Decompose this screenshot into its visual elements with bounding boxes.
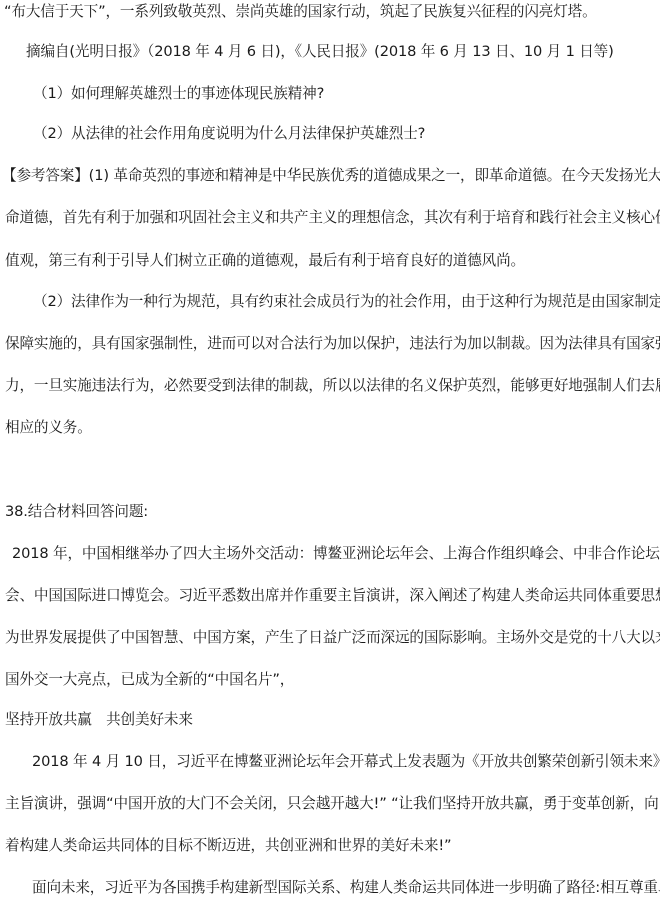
answer-part1-line-3: 值观，第三有利于引导人们树立正确的道德观，最后有利于培育良好的道德风尚。	[0, 249, 660, 273]
material-intro-line-1: 2018 年，中国相继举办了四大主场外交活动：博鳌亚洲论坛年会、上海合作组织峰会…	[0, 542, 660, 566]
speech-line-1: 2018 年 4 月 10 日，习近平在博鳌亚洲论坛年会开幕式上发表题为《开放共…	[0, 750, 660, 774]
answer-part2-line-3: 力，一旦实施违法行为，必然要受到法律的制裁，所以以法律的名义保护英烈，能够更好地…	[0, 374, 660, 398]
source-citation: 摘编自(光明日报》（2018 年 4 月 6 日)，《人民日报》(2018 年 …	[0, 40, 660, 64]
intro-closing-line: “布大信于天下”，一系列致敬英烈、崇尚英雄的国家行动，筑起了民族复兴征程的闪亮灯…	[0, 0, 660, 24]
speech-line-2: 主旨演讲，强调“中国开放的大门不会关闭，只会越开越大!” “让我们坚持开放共赢，…	[0, 792, 660, 816]
answer-part1-line-2: 命道德，首先有利于加强和巩固社会主义和共产主义的理想信念，其次有利于培育和践行社…	[0, 206, 660, 230]
material-intro-line-2: 会、中国国际进口博览会。习近平悉数出席并作重要主旨演讲，深入阐述了构建人类命运共…	[0, 584, 660, 608]
answer-part2-line-1: （2）法律作为一种行为规范，具有约束社会成员行为的社会作用，由于这种行为规范是由…	[0, 290, 660, 314]
material-intro-line-3: 为世界发展提供了中国智慧、中国方案，产生了日益广泛而深远的国际影响。主场外交是党…	[0, 626, 660, 650]
future-path-line: 面向未来，习近平为各国携手构建新型国际关系、构建人类命运共同体进一步明确了路径:…	[0, 876, 660, 900]
answer-part1-line-1: 【参考答案】(1) 革命英烈的事迹和精神是中华民族优秀的道德成果之一，即革命道德…	[0, 164, 660, 188]
question-1: （1）如何理解英雄烈士的事迹体现民族精神?	[0, 82, 660, 106]
question-2: （2）从法律的社会作用角度说明为什么月法律保护英雄烈士?	[0, 122, 660, 146]
answer-part2-line-2: 保障实施的，具有国家强制性，进而可以对合法行为加以保护，违法行为加以制裁。因为法…	[0, 332, 660, 356]
speech-line-3: 着构建人类命运共同体的目标不断迈进，共创亚洲和世界的美好未来!”	[0, 834, 660, 858]
material-intro-line-4: 国外交一大亮点，已成为全新的“中国名片”，	[0, 668, 660, 692]
material-subheading: 坚持开放共赢 共创美好未来	[0, 708, 660, 732]
answer-label: 【参考答案】	[2, 167, 89, 184]
question-38-title: 38.结合材料回答问题:	[0, 500, 660, 524]
answer-part1-text: (1) 革命英烈的事迹和精神是中华民族优秀的道德成果之一，即革命道德。在今天发扬…	[89, 167, 660, 184]
answer-part2-line-4: 相应的义务。	[0, 416, 660, 440]
document-page: “布大信于天下”，一系列致敬英烈、崇尚英雄的国家行动，筑起了民族复兴征程的闪亮灯…	[0, 0, 660, 900]
